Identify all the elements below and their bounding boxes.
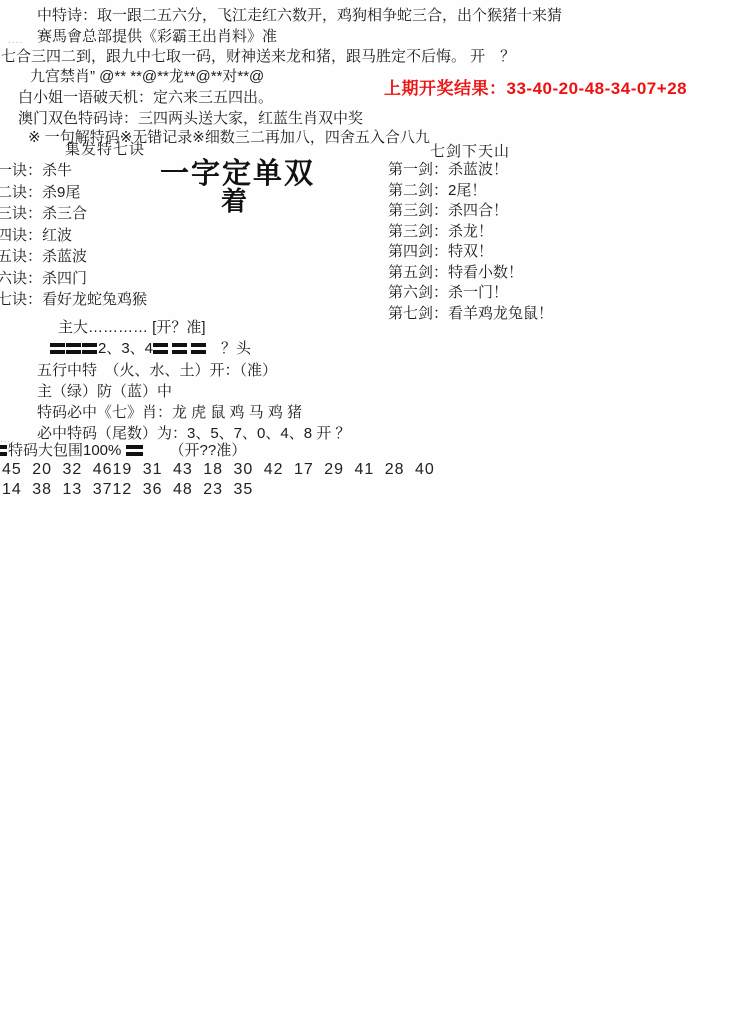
double-bar-icon (153, 343, 168, 354)
bar-head-line: 2、3、4？头 (50, 339, 251, 358)
sword-row-7: 第六剑：杀一门！ (388, 283, 508, 302)
double-bar-icon (82, 343, 97, 354)
center-title-line1: 一字定单双 (160, 165, 315, 184)
bao-wei-line: 特码大包围100% （开??准） (0, 441, 246, 460)
formula-row-7: 七诀：看好龙蛇兔鸡猴 (0, 290, 147, 309)
number-row-1: 45 20 32 4619 31 43 18 30 42 17 29 41 28… (2, 460, 435, 479)
sword-row-5: 第四剑：特双！ (388, 242, 493, 261)
left-column-header: 集发特七诀 (65, 140, 145, 159)
bar-line-tail: ？头 (221, 340, 251, 357)
zhu-da-line: 主大………… [开？准] (58, 318, 206, 337)
formula-row-2: 二诀：杀9尾 (0, 183, 80, 202)
poem-line-1: 中特诗：取一跟二五六分，飞江走红六数开，鸡狗相争蛇三合，出个猴猪十来猜 (37, 6, 562, 25)
double-bar-icon (66, 343, 81, 354)
double-bar-icon (126, 445, 143, 456)
poem-line-5: 白小姐一语破天机：定六来三五四出。 (18, 88, 273, 107)
formula-row-3: 三诀：杀三合 (0, 204, 87, 223)
poem-line-2: 赛馬會总部提供《彩霸王出肖料》准 (37, 27, 277, 46)
bao-wei-tail: （开??准） (170, 442, 247, 459)
sword-row-2: 第二剑：2尾！ (388, 181, 486, 200)
double-bar-icon (172, 343, 187, 354)
right-column-header: 七剑下天山 (430, 142, 510, 161)
poem-line-6: 澳门双色特码诗：三四两头送大家，红蓝生肖双中奖 (18, 109, 363, 128)
bi-zhong-xiao-line: 特码必中《七》肖：龙 虎 鼠 鸡 马 鸡 猪 (37, 403, 302, 422)
poem-line-3: 七合三四二到，跟九中七取一码，财神送来龙和猪，跟马胜定不后悔。 开 ？ (1, 47, 515, 66)
sword-row-4: 第三剑：杀龙！ (388, 222, 493, 241)
sword-row-3: 第三剑：杀四合！ (388, 201, 508, 220)
center-title-line2: 着 (221, 192, 247, 211)
formula-row-1: 一诀：杀牛 (0, 161, 72, 180)
poem-line-4: 九宫禁肖” @** **@**龙**@**对**@ (30, 67, 264, 86)
double-bar-icon (191, 343, 206, 354)
double-bar-icon (0, 445, 7, 456)
formula-row-6: 六诀：杀四门 (0, 269, 87, 288)
bao-wei-text: 特码大包围100% (8, 442, 121, 459)
sword-row-8: 第七剑：看羊鸡龙兔鼠！ (388, 304, 553, 323)
last-draw-result: 上期开奖结果：33-40-20-48-34-07+28 (384, 79, 687, 98)
number-row-2: 14 38 13 3712 36 48 23 35 (2, 480, 253, 499)
bar-line-numbers: 2、3、4 (98, 340, 153, 357)
double-bar-icon (50, 343, 65, 354)
formula-row-4: 四诀：红波 (0, 226, 72, 245)
zhu-fang-line: 主（绿）防（蓝）中 (37, 382, 172, 401)
lottery-tip-sheet: 中特诗：取一跟二五六分，飞江走红六数开，鸡狗相争蛇三合，出个猴猪十来猜 ....… (0, 0, 731, 1011)
wu-xing-line: 五行中特 （火、水、土）开：（准） (37, 361, 277, 380)
formula-row-5: 五诀：杀蓝波 (0, 247, 87, 266)
sword-row-1: 第一剑：杀蓝波！ (388, 160, 508, 179)
sword-row-6: 第五剑：特看小数！ (388, 263, 523, 282)
